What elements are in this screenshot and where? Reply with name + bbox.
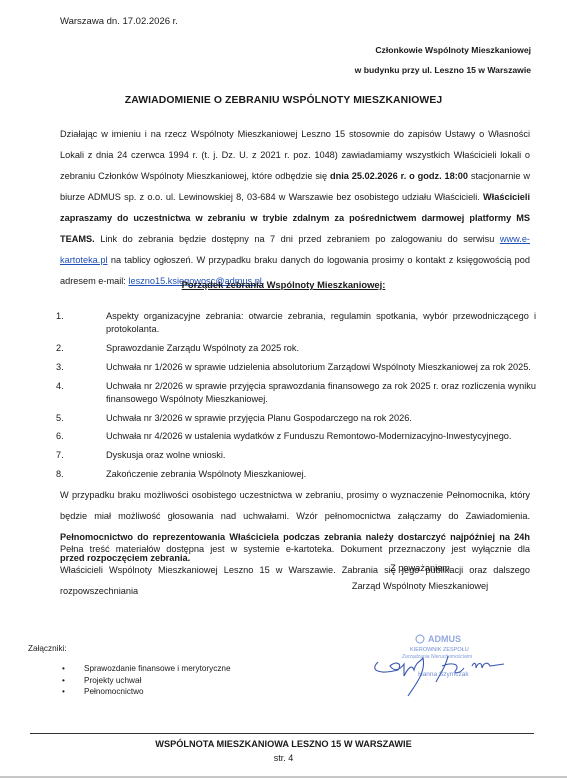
agenda-item-text: Uchwała nr 3/2026 w sprawie przyjęcia Pl… [106, 412, 536, 425]
svg-text:Zarządzania Nieruchomościami: Zarządzania Nieruchomościami [401, 654, 473, 660]
proxy-text: W przypadku braku możliwości osobistego … [60, 490, 530, 521]
agenda-title: Porządek zebrania Wspólnoty Mieszkaniowe… [0, 279, 567, 290]
attachment-item-text: Projekty uchwał [84, 675, 141, 687]
svg-text:KIEROWNIK ZESPOŁU: KIEROWNIK ZESPOŁU [410, 647, 469, 653]
attachment-item: •Sprawozdanie finansowe i merytoryczne [62, 663, 231, 675]
agenda-list: 1.Aspekty organizacyjne zebrania: otwarc… [56, 310, 536, 487]
agenda-item-text: Uchwała nr 1/2026 w sprawie udzielenia a… [106, 361, 536, 374]
agenda-item: 3.Uchwała nr 1/2026 w sprawie udzielenia… [56, 361, 536, 374]
attachment-item-text: Sprawozdanie finansowe i merytoryczne [84, 663, 231, 675]
bullet-icon: • [62, 663, 84, 675]
agenda-item-text: Sprawozdanie Zarządu Wspólnoty za 2025 r… [106, 342, 536, 355]
agenda-item-text: Aspekty organizacyjne zebrania: otwarcie… [106, 310, 536, 336]
agenda-item: 4.Uchwała nr 2/2026 w sprawie przyjęcia … [56, 380, 536, 406]
document-title: ZAWIADOMIENIE O ZEBRANIU WSPÓLNOTY MIESZ… [0, 95, 567, 106]
agenda-item: 8.Zakończenie zebrania Wspólnoty Mieszka… [56, 468, 536, 481]
agenda-item-number: 5. [56, 412, 106, 425]
attachment-item: •Projekty uchwał [62, 675, 231, 687]
agenda-item-number: 7. [56, 449, 106, 462]
attachment-item-text: Pełnomocnictwo [84, 686, 144, 698]
agenda-item-number: 3. [56, 361, 106, 374]
svg-text:Hanna Szymczak: Hanna Szymczak [418, 671, 469, 678]
document-date: Warszawa dn. 17.02.2026 r. [60, 16, 178, 27]
closing-signatory: Zarząd Wspólnoty Mieszkaniowej [340, 581, 500, 591]
agenda-item-number: 2. [56, 342, 106, 355]
signature-icon: ADMUS KIEROWNIK ZESPOŁU Zarządzania Nier… [368, 632, 518, 702]
bullet-icon: • [62, 675, 84, 687]
meeting-datetime: dnia 25.02.2026 r. o godz. 18:00 [330, 171, 468, 181]
agenda-item-number: 4. [56, 380, 106, 406]
bullet-icon: • [62, 686, 84, 698]
closing-greeting: Z poważaniem [340, 563, 500, 573]
agenda-item: 6.Uchwała nr 4/2026 w ustalenia wydatków… [56, 430, 536, 443]
agenda-item-text: Zakończenie zebrania Wspólnoty Mieszkani… [106, 468, 536, 481]
recipient-line-1: Członkowie Wspólnoty Mieszkaniowej [375, 45, 531, 55]
attachment-item: •Pełnomocnictwo [62, 686, 231, 698]
signature-stamp: ADMUS KIEROWNIK ZESPOŁU Zarządzania Nier… [368, 632, 518, 702]
svg-text:ADMUS: ADMUS [428, 634, 461, 644]
footer-divider [30, 733, 534, 734]
agenda-item-number: 1. [56, 310, 106, 336]
agenda-item: 7.Dyskusja oraz wolne wnioski. [56, 449, 536, 462]
agenda-item-number: 6. [56, 430, 106, 443]
agenda-item: 1.Aspekty organizacyjne zebrania: otwarc… [56, 310, 536, 336]
footer-org-name: WSPÓLNOTA MIESZKANIOWA LESZNO 15 W WARSZ… [0, 739, 567, 749]
recipient-line-2: w budynku przy ul. Leszno 15 w Warszawie [355, 65, 531, 75]
agenda-item: 5.Uchwała nr 3/2026 w sprawie przyjęcia … [56, 412, 536, 425]
intro-text-c: Link do zebrania będzie dostępny na 7 dn… [95, 234, 500, 244]
agenda-item-text: Uchwała nr 2/2026 w sprawie przyjęcia sp… [106, 380, 536, 406]
agenda-item-text: Dyskusja oraz wolne wnioski. [106, 449, 536, 462]
agenda-item-text: Uchwała nr 4/2026 w ustalenia wydatków z… [106, 430, 536, 443]
agenda-item-number: 8. [56, 468, 106, 481]
intro-paragraph: Działając w imieniu i na rzecz Wspólnoty… [60, 124, 530, 292]
page-edge [0, 776, 567, 778]
attachments-label: Załączniki: [28, 644, 67, 653]
page-number: str. 4 [0, 753, 567, 763]
agenda-item: 2.Sprawozdanie Zarządu Wspólnoty za 2025… [56, 342, 536, 355]
attachments-list: •Sprawozdanie finansowe i merytoryczne •… [62, 663, 231, 698]
